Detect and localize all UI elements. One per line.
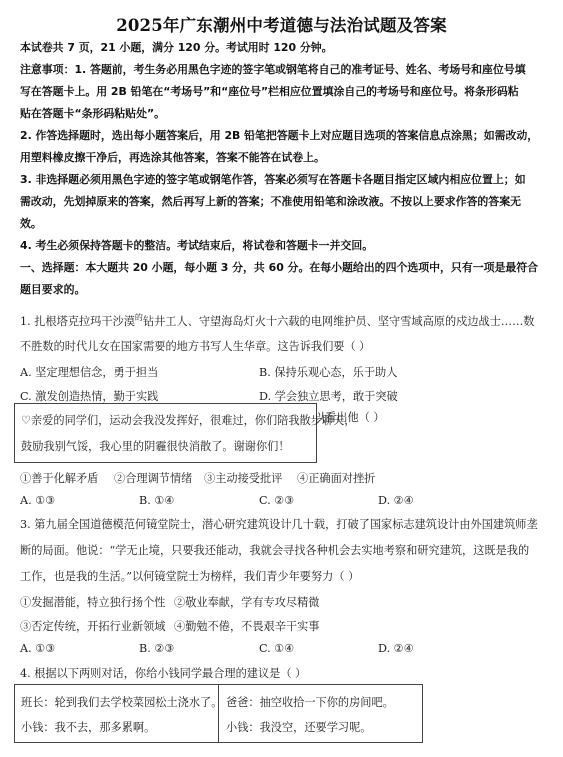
question-3-stem-line-2: 断的局面。他说：“学无止境，只要我还能动，我就会寻找各种机会去实地考察和研究建筑…: [20, 544, 529, 558]
question-1-option-c[interactable]: C. 激发创造热情，勤于实践: [20, 388, 158, 404]
question-4-stem-line-1: 4. 根据以下两则对话，你给小钱同学最合理的建议是（ ）: [20, 667, 306, 681]
note-card-line-2: 鼓励我别气馁，我心里的阴霾很快消散了。谢谢你们！: [21, 438, 290, 454]
question-3-option-b[interactable]: B. ②③: [139, 642, 174, 655]
exam-page: 2025年广东潮州中考道德与法治试题及答案 本试卷共 7 页，21 小题，满分 …: [0, 0, 563, 757]
question-2-statement-4: ④正确面对挫折: [297, 470, 375, 486]
question-3-option-a[interactable]: A. ①③: [20, 642, 55, 655]
dialog-left-line-2: 小钱：我不去，那多累啊。: [21, 719, 155, 735]
question-3-stem-line-3: 工作，也是我的生活。”以何镜堂院士为榜样，我们青少年要努力（ ）: [20, 570, 359, 584]
question-1-option-a[interactable]: A. 坚定理想信念，勇于担当: [20, 364, 158, 380]
notes-1-line-2: 写在答题卡上。用 2B 铅笔在“考场号”和“座位号”栏相应位置填涂自己的考场号和…: [20, 85, 519, 99]
dialog-left-line-1: 班长：轮到我们去学校菜园松土浇水了。: [21, 694, 222, 710]
question-2-option-d[interactable]: D. ②④: [378, 494, 414, 507]
question-1-option-b[interactable]: B. 保持乐观心态，乐于助人: [259, 364, 397, 380]
question-3-stem-line-1: 3. 第九届全国道德模范何镜堂院士，潜心研究建筑设计几十载，打破了国家标志建筑设…: [20, 518, 538, 532]
notes-4-line-1: 4. 考生必须保持答题卡的整洁。考试结束后，将试卷和答题卡一并交回。: [20, 239, 373, 253]
page-title: 2025年广东潮州中考道德与法治试题及答案: [0, 12, 563, 36]
question-3-option-d[interactable]: D. ②④: [378, 642, 414, 655]
question-3-statement-2: ②敬业奉献，学有专攻尽精微: [174, 594, 319, 610]
dialog-right-line-2: 小钱：我没空，还要学习呢。: [226, 719, 371, 735]
notes-1-line-3: 贴在答题卡“条形码粘贴处”。: [20, 107, 165, 121]
question-3-statement-4: ④勤勉不倦，不畏艰辛干实事: [174, 618, 319, 634]
question-2-statement-1: ①善于化解矛盾: [20, 470, 98, 486]
note-card-box: ♡亲爱的同学们，运动会我没发挥好，很难过，你们陪我散步聊天， 鼓励我别气馁，我心…: [14, 403, 317, 463]
question-1-stem-line-1: 1. 扎根塔克拉玛干沙漠的钻井工人、守望海岛灯火十六载的电网维护员、坚守雪域高原…: [20, 311, 535, 329]
note-card-line-1: ♡亲爱的同学们，运动会我没发挥好，很难过，你们陪我散步聊天，: [21, 412, 355, 428]
notes-3-line-1: 3. 非选择题必须用黑色字迹的签字笔或钢笔作答，答案必须写在答题卡各题目指定区域…: [20, 173, 526, 187]
question-2-option-b[interactable]: B. ①④: [139, 494, 174, 507]
question-3-statement-3: ③否定传统，开拓行业新领域: [20, 618, 165, 634]
question-3-option-c[interactable]: C. ①④: [259, 642, 294, 655]
notes-1-line-1: 注意事项：1. 答题前，考生务必用黑色字迹的签字笔或钢笔将自己的准考证号、姓名、…: [20, 63, 526, 77]
question-3-statement-1: ①发掘潜能，特立独行扬个性: [20, 594, 165, 610]
question-2-statement-2: ②合理调节情绪: [114, 470, 192, 486]
question-2-option-c[interactable]: C. ②③: [259, 494, 294, 507]
question-1-stem-superscript: 的: [135, 313, 143, 322]
dialog-table: 班长：轮到我们去学校菜园松土浇水了。 小钱：我不去，那多累啊。 爸爸：抽空收拾一…: [14, 684, 423, 743]
exam-intro: 本试卷共 7 页，21 小题，满分 120 分。考试用时 120 分钟。: [20, 41, 333, 55]
notes-3-line-2: 需改动，先划掉原来的答案，然后再写上新的答案；不准使用铅笔和涂改液。不按以上要求…: [20, 195, 521, 209]
question-1-stem-part-b: 钻井工人、守望海岛灯火十六载的电网维护员、坚守雪域高原的戍边战士……数: [143, 315, 535, 328]
question-1-stem-line-2: 不胜数的时代儿女在国家需要的地方书写人生华章。这告诉我们要（ ）: [20, 340, 370, 354]
section-1-heading-line-2: 题目要求的。: [20, 283, 85, 297]
section-1-heading-line-1: 一、选择题：本大题共 20 小题，每小题 3 分，共 60 分。在每小题给出的四…: [20, 261, 538, 275]
question-2-statement-3: ③主动接受批评: [204, 470, 282, 486]
dialog-right-line-1: 爸爸：抽空收拾一下你的房间吧。: [226, 694, 394, 710]
question-1-stem-part-a: 1. 扎根塔克拉玛干沙漠: [20, 315, 135, 328]
question-2-option-a[interactable]: A. ①③: [20, 494, 55, 507]
notes-2-line-2: 用塑料橡皮擦干净后，再选涂其他答案，答案不能答在试卷上。: [20, 151, 325, 165]
notes-2-line-1: 2. 作答选择题时，选出每小题答案后，用 2B 铅笔把答题卡上对应题目选项的答案…: [20, 129, 538, 143]
notes-3-line-3: 效。: [20, 217, 42, 231]
question-1-option-d[interactable]: D. 学会独立思考，敢于突破: [259, 388, 398, 404]
